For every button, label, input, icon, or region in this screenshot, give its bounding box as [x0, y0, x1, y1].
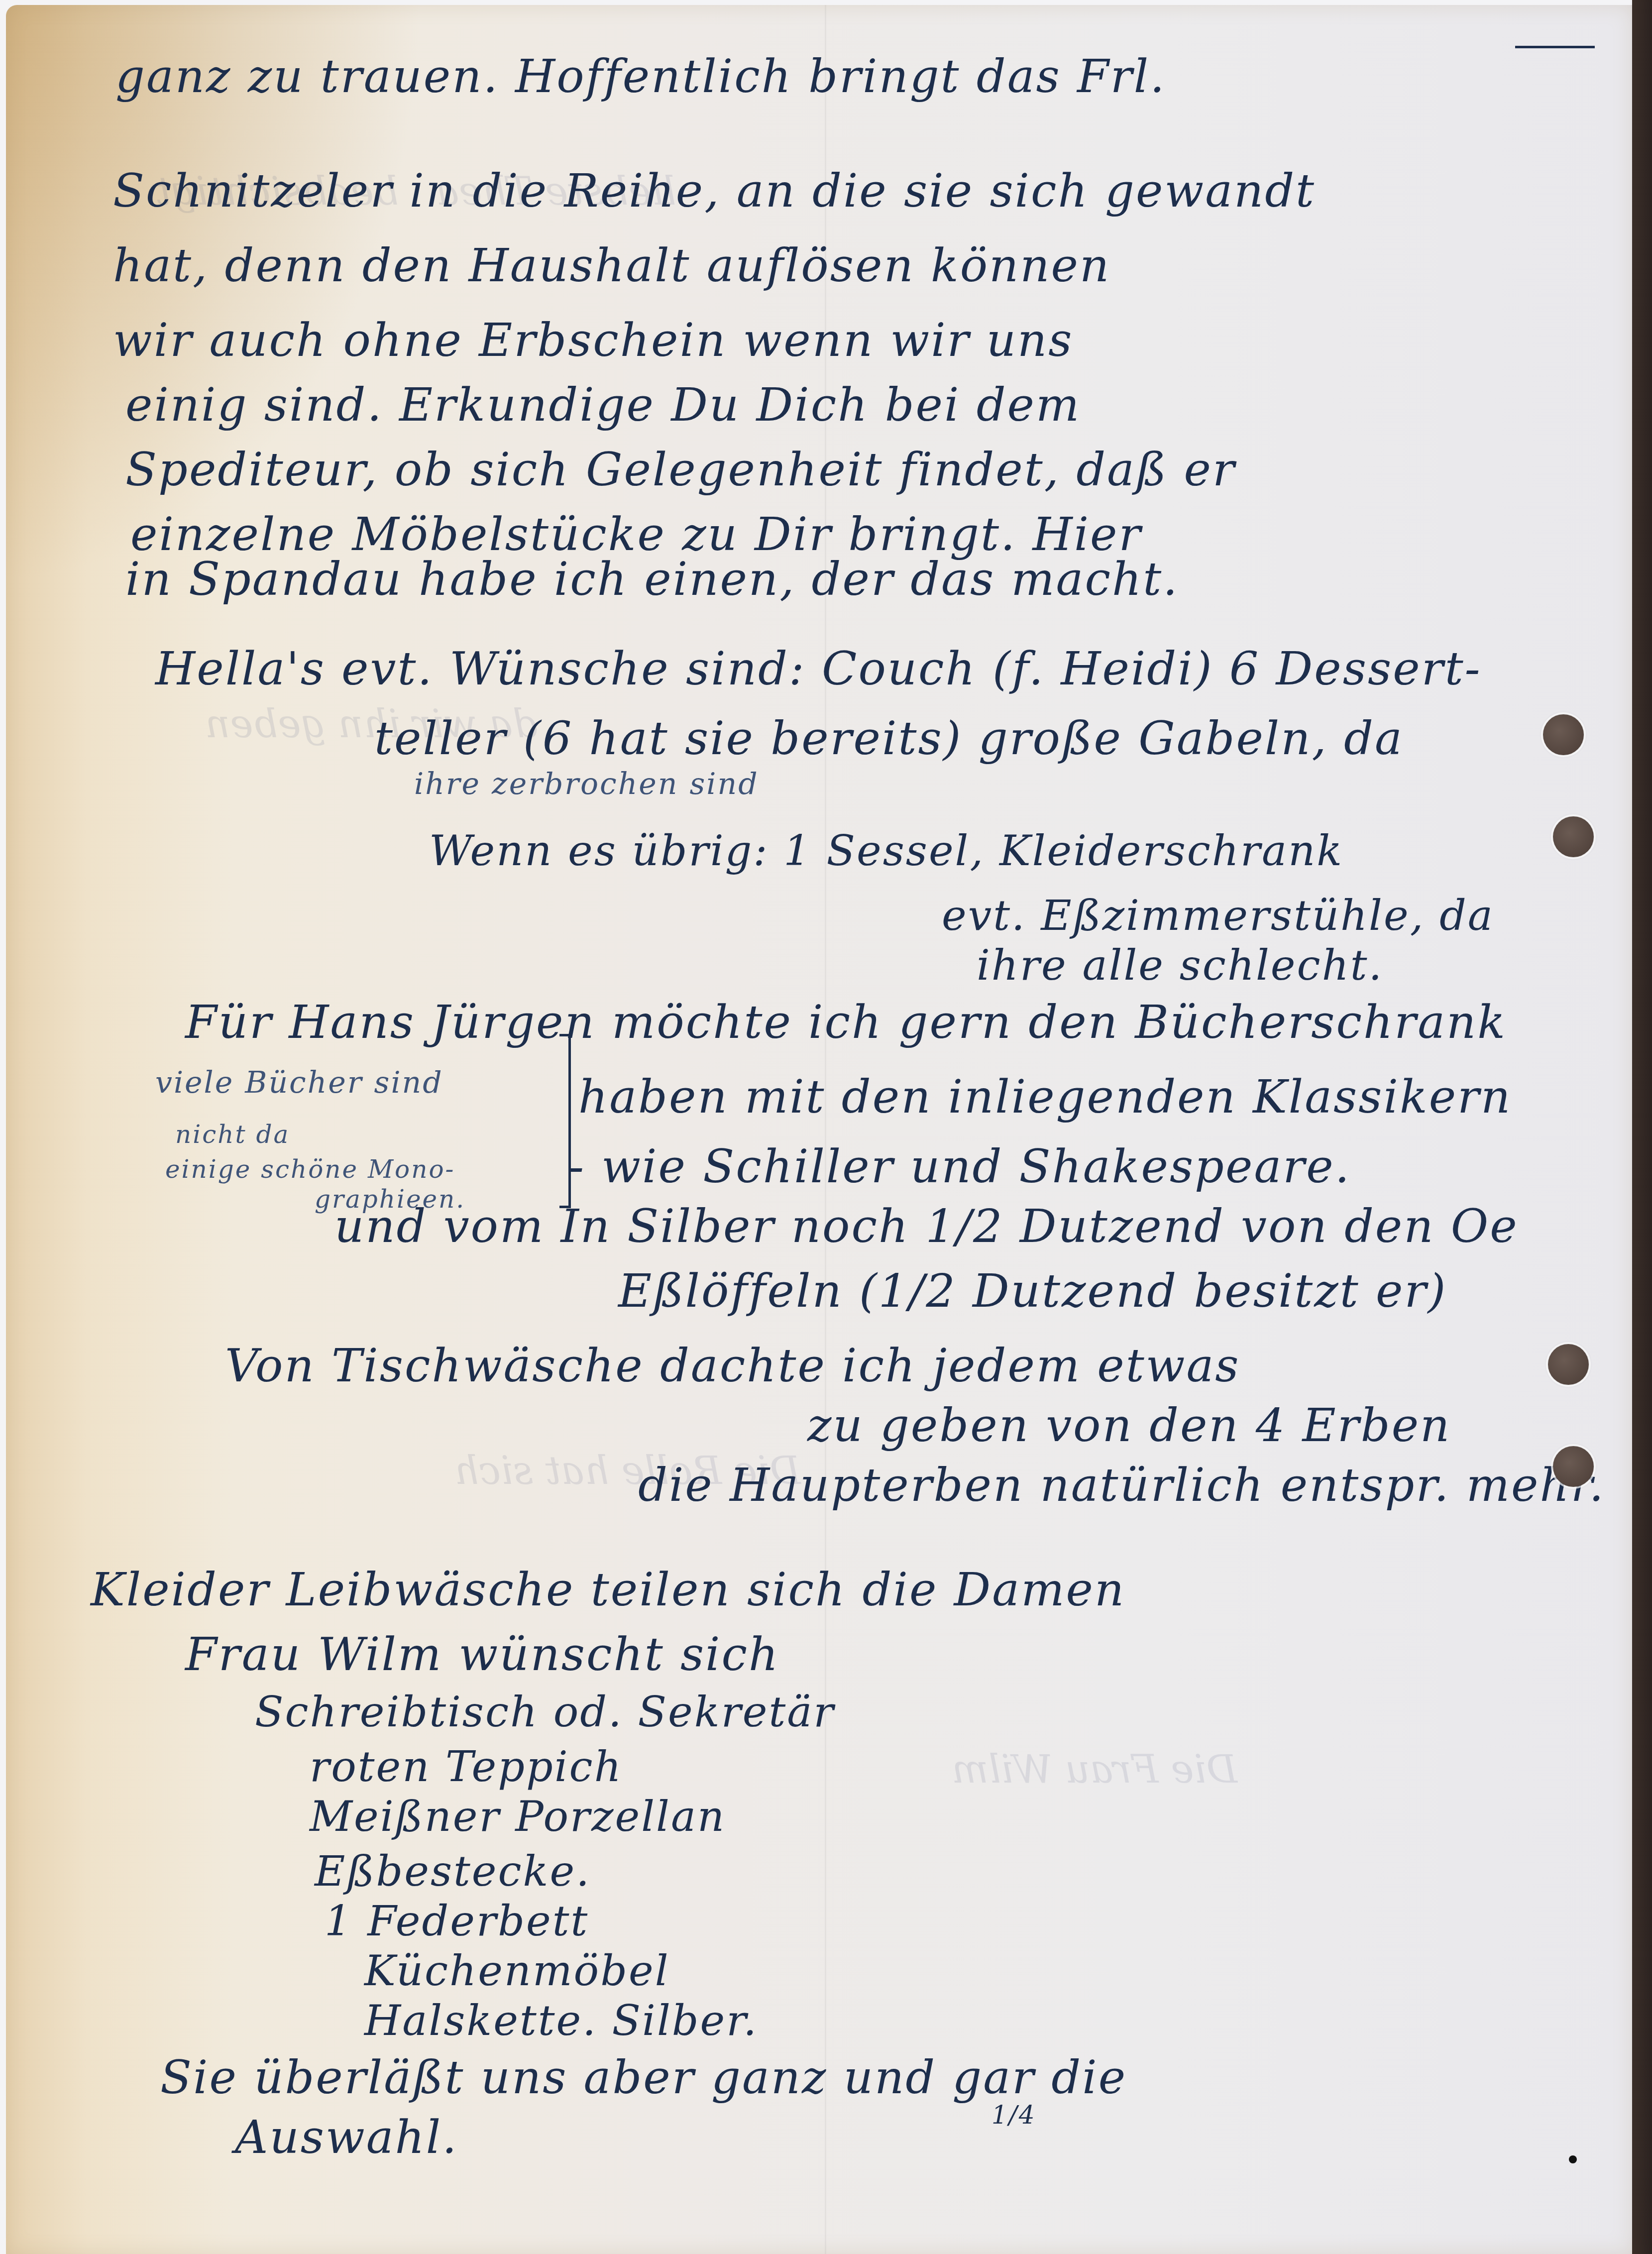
background-edge — [1632, 0, 1652, 2254]
list-item: Küchenmöbel — [364, 1946, 670, 1995]
text-line: Wenn es übrig: 1 Sessel, Kleiderschrank — [429, 826, 1343, 875]
list-item: Eßbestecke. — [315, 1847, 591, 1896]
text-line: evt. Eßzimmerstühle, da — [942, 891, 1494, 940]
text-line: Kleider Leibwäsche teilen sich die Damen — [91, 1563, 1125, 1616]
text-line: Spediteur, ob sich Gelegenheit findet, d… — [125, 443, 1236, 496]
text-line: Sie überläßt uns aber ganz und gar die — [160, 2051, 1127, 2104]
text-line: die Haupterben natürlich entspr. mehr. — [638, 1459, 1605, 1512]
punch-hole — [1553, 1446, 1594, 1487]
text-line: haben mit den inliegenden Klassikern — [578, 1070, 1512, 1124]
text-line: ihre zerbrochen sind — [414, 767, 759, 801]
text-line: Für Hans Jürgen möchte ich gern den Büch… — [185, 996, 1507, 1049]
ink-dot — [1569, 2155, 1577, 2163]
text-line: wir auch ohne Erbschein wenn wir uns — [113, 314, 1074, 367]
margin-note-line: viele Bücher sind — [155, 1065, 443, 1100]
punch-hole — [1553, 816, 1594, 857]
text-line: teller (6 hat sie bereits) große Gabeln,… — [374, 712, 1404, 765]
text-line: ihre alle schlecht. — [977, 941, 1383, 990]
letter-page: liebste Thea beabsichtigt da wir ihn geb… — [6, 5, 1633, 2254]
text-line: in Spandau habe ich einen, der das macht… — [125, 553, 1179, 606]
margin-note-line: einige schöne Mono- — [165, 1155, 455, 1184]
list-item: Halskette. Silber. — [364, 1996, 758, 2045]
text-line: hat, denn den Haushalt auflösen können — [113, 239, 1110, 292]
text-line: Von Tischwäsche dachte ich jedem etwas — [225, 1339, 1240, 1392]
text-line: Frau Wilm wünscht sich — [185, 1628, 779, 1681]
text-line: und vom In Silber noch 1/2 Dutzend von d… — [334, 1200, 1519, 1253]
punch-hole — [1548, 1344, 1589, 1385]
text-line: Eßlöffeln (1/2 Dutzend besitzt er) — [618, 1264, 1447, 1318]
text-line: ganz zu trauen. Hoffentlich bringt das F… — [115, 50, 1166, 103]
list-item: roten Teppich — [310, 1742, 623, 1791]
text-line: - wie Schiller und Shakespeare. — [568, 1140, 1351, 1193]
text-line: Schnitzeler in die Reihe, an die sie sic… — [113, 164, 1316, 218]
margin-note-line: nicht da — [175, 1120, 290, 1149]
list-item: Schreibtisch od. Sekretär — [255, 1688, 835, 1736]
punch-hole — [1543, 714, 1584, 755]
list-item: Meißner Porzellan — [310, 1792, 726, 1841]
interlinear-insert: 1/4 — [991, 2101, 1036, 2130]
list-item: 1 Federbett — [325, 1897, 589, 1945]
text-line: Hella's evt. Wünsche sind: Couch (f. Hei… — [155, 642, 1482, 695]
text-line: Auswahl. — [235, 2111, 458, 2164]
reverse-side-bleed: Die Frau Wilm — [952, 1747, 1237, 1792]
abbreviation-overline — [1515, 46, 1595, 48]
text-line: einig sind. Erkundige Du Dich bei dem — [125, 378, 1081, 432]
text-line: zu geben von den 4 Erben — [807, 1399, 1451, 1452]
